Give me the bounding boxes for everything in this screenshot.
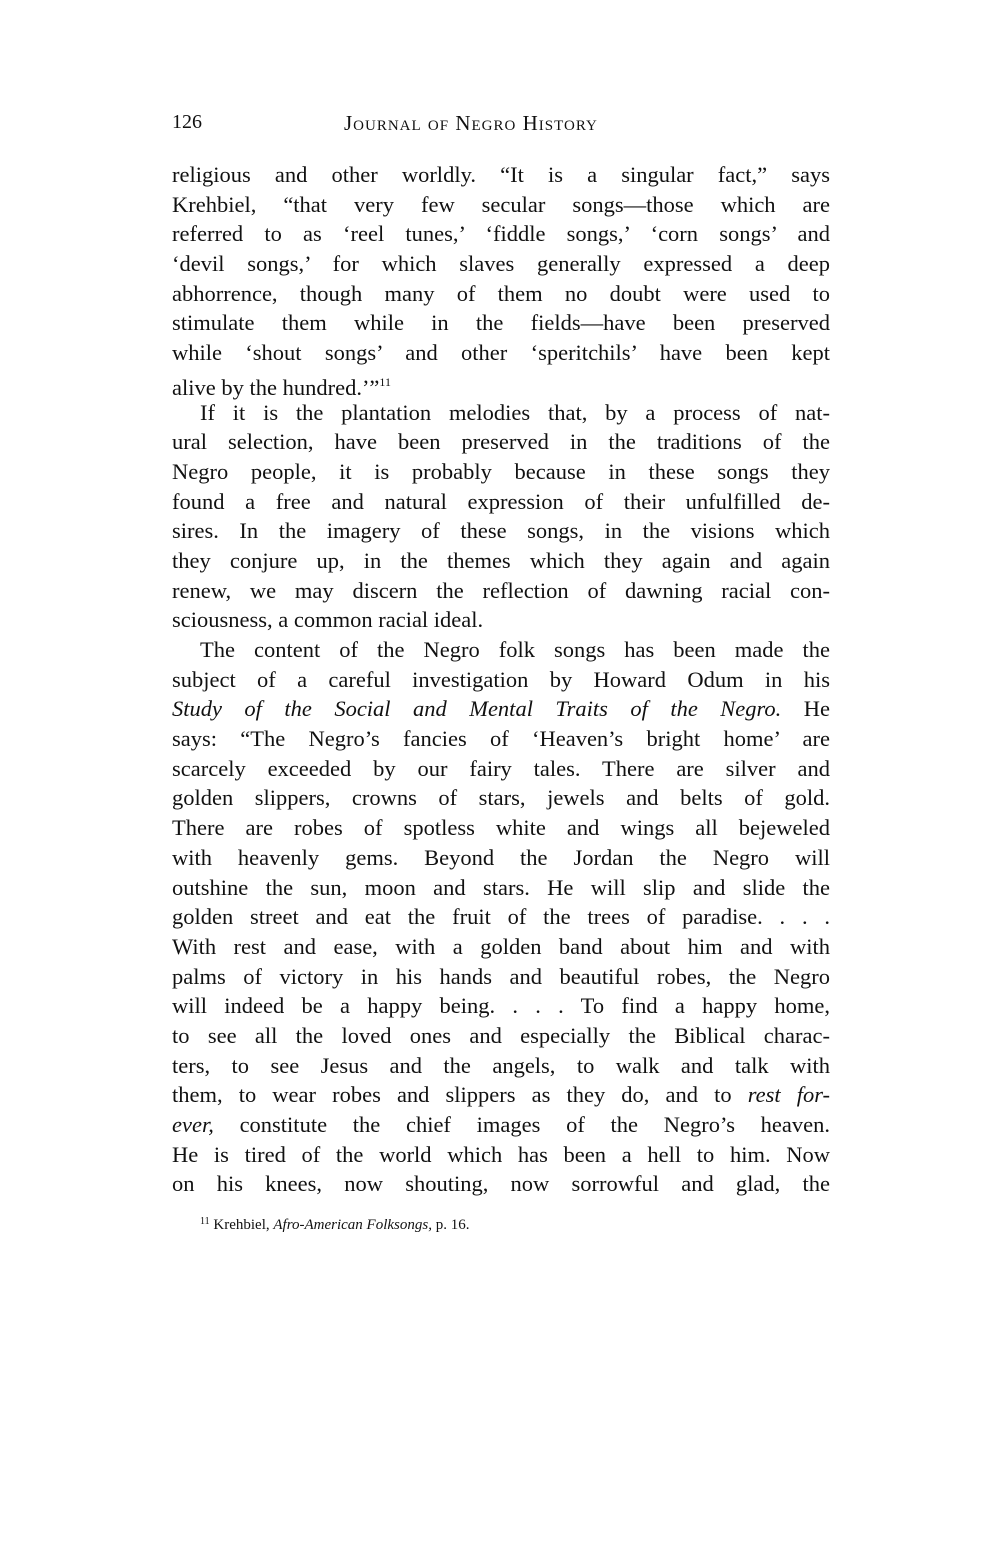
text-span: Negro people, it is probably because in … — [172, 459, 830, 484]
text-span: ural selection, have been preserved in t… — [172, 429, 830, 454]
text-line: on his knees, now shouting, now sorrowfu… — [172, 1169, 830, 1199]
footnote-marker: 11 — [200, 1216, 210, 1227]
text-span: stimulate them while in the fields—have … — [172, 310, 830, 335]
text-line: If it is the plantation melodies that, b… — [172, 398, 830, 428]
text-line: will indeed be a happy being. . . . To f… — [172, 991, 830, 1021]
text-span: says: “The Negro’s fancies of ‘Heaven’s … — [172, 726, 830, 751]
text-line: sires. In the imagery of these songs, in… — [172, 516, 830, 546]
text-span: ever, — [172, 1112, 214, 1137]
text-span: constitute the chief images of the Negro… — [214, 1112, 830, 1137]
text-line: ters, to see Jesus and the angels, to wa… — [172, 1051, 830, 1081]
text-span: The content of the Negro folk songs has … — [200, 637, 830, 662]
text-line: golden street and eat the fruit of the t… — [172, 902, 830, 932]
text-span: abhorrence, though many of them no doubt… — [172, 281, 830, 306]
text-line: The content of the Negro folk songs has … — [172, 635, 830, 665]
text-span: Krehbiel, “that very few secular songs—t… — [172, 192, 830, 217]
page-header: 126 Journal of Negro History — [172, 111, 830, 141]
text-line: abhorrence, though many of them no doubt… — [172, 279, 830, 309]
text-line: palms of victory in his hands and beauti… — [172, 962, 830, 992]
footnote-reference: 11 — [379, 375, 391, 389]
text-line: sciousness, a common racial ideal. — [172, 605, 830, 635]
text-line: with heavenly gems. Beyond the Jordan th… — [172, 843, 830, 873]
text-line: while ‘shout songs’ and other ‘speritchi… — [172, 338, 830, 368]
text-span: ters, to see Jesus and the angels, to wa… — [172, 1053, 830, 1078]
footnote-page: p. 16. — [432, 1217, 470, 1233]
text-span: outshine the sun, moon and stars. He wil… — [172, 875, 830, 900]
text-span: to see all the loved ones and especially… — [172, 1023, 830, 1048]
text-line: alive by the hundred.’”11 — [172, 368, 830, 398]
text-span: sciousness, a common racial ideal. — [172, 607, 483, 632]
text-span: sires. In the imagery of these songs, in… — [172, 518, 830, 543]
text-span: alive by the hundred.’” — [172, 375, 379, 400]
page-number: 126 — [172, 111, 202, 134]
text-span: ‘devil songs,’ for which slaves generall… — [172, 251, 830, 276]
text-span: renew, we may discern the reflection of … — [172, 578, 830, 603]
text-line: ‘devil songs,’ for which slaves generall… — [172, 249, 830, 279]
text-line: Krehbiel, “that very few secular songs—t… — [172, 190, 830, 220]
text-line: With rest and ease, with a golden band a… — [172, 932, 830, 962]
text-span: on his knees, now shouting, now sorrowfu… — [172, 1171, 830, 1196]
text-span: with heavenly gems. Beyond the Jordan th… — [172, 845, 830, 870]
text-span: golden slippers, crowns of stars, jewels… — [172, 785, 830, 810]
text-line: them, to wear robes and slippers as they… — [172, 1080, 830, 1110]
text-span: them, to wear robes and slippers as they… — [172, 1082, 748, 1107]
footnote: 11 Krehbiel, Afro-American Folksongs, p.… — [200, 1212, 469, 1235]
text-line: ever, constitute the chief images of the… — [172, 1110, 830, 1140]
text-span: found a free and natural expression of t… — [172, 489, 830, 514]
text-span: With rest and ease, with a golden band a… — [172, 934, 830, 959]
text-line: they conjure up, in the themes which the… — [172, 546, 830, 576]
text-span: He — [781, 696, 830, 721]
text-line: He is tired of the world which has been … — [172, 1140, 830, 1170]
text-line: Study of the Social and Mental Traits of… — [172, 694, 830, 724]
text-span: subject of a careful investigation by Ho… — [172, 667, 830, 692]
text-span: palms of victory in his hands and beauti… — [172, 964, 830, 989]
text-line: outshine the sun, moon and stars. He wil… — [172, 873, 830, 903]
text-span: referred to as ‘reel tunes,’ ‘fiddle son… — [172, 221, 830, 246]
text-line: referred to as ‘reel tunes,’ ‘fiddle son… — [172, 219, 830, 249]
text-line: renew, we may discern the reflection of … — [172, 576, 830, 606]
footnote-author: Krehbiel, — [213, 1217, 273, 1233]
text-span: they conjure up, in the themes which the… — [172, 548, 830, 573]
text-span: while ‘shout songs’ and other ‘speritchi… — [172, 340, 830, 365]
text-span: golden street and eat the fruit of the t… — [172, 904, 830, 929]
text-span: will indeed be a happy being. . . . To f… — [172, 993, 830, 1018]
text-line: found a free and natural expression of t… — [172, 487, 830, 517]
text-line: golden slippers, crowns of stars, jewels… — [172, 783, 830, 813]
text-line: Negro people, it is probably because in … — [172, 457, 830, 487]
text-span: rest for- — [748, 1082, 830, 1107]
text-span: scarcely exceeded by our fairy tales. Th… — [172, 756, 830, 781]
text-line: religious and other worldly. “It is a si… — [172, 160, 830, 190]
text-span: Study of the Social and Mental Traits of… — [172, 696, 781, 721]
text-line: ural selection, have been preserved in t… — [172, 427, 830, 457]
running-title: Journal of Negro History — [344, 111, 598, 136]
text-line: scarcely exceeded by our fairy tales. Th… — [172, 754, 830, 784]
text-span: If it is the plantation melodies that, b… — [200, 400, 830, 425]
body-text: religious and other worldly. “It is a si… — [172, 160, 830, 1199]
text-line: subject of a careful investigation by Ho… — [172, 665, 830, 695]
text-span: There are robes of spotless white and wi… — [172, 815, 830, 840]
text-span: religious and other worldly. “It is a si… — [172, 162, 830, 187]
text-span: He is tired of the world which has been … — [172, 1142, 830, 1167]
footnote-title: Afro-American Folksongs, — [273, 1217, 432, 1233]
text-line: stimulate them while in the fields—have … — [172, 308, 830, 338]
text-line: says: “The Negro’s fancies of ‘Heaven’s … — [172, 724, 830, 754]
text-line: There are robes of spotless white and wi… — [172, 813, 830, 843]
text-line: to see all the loved ones and especially… — [172, 1021, 830, 1051]
